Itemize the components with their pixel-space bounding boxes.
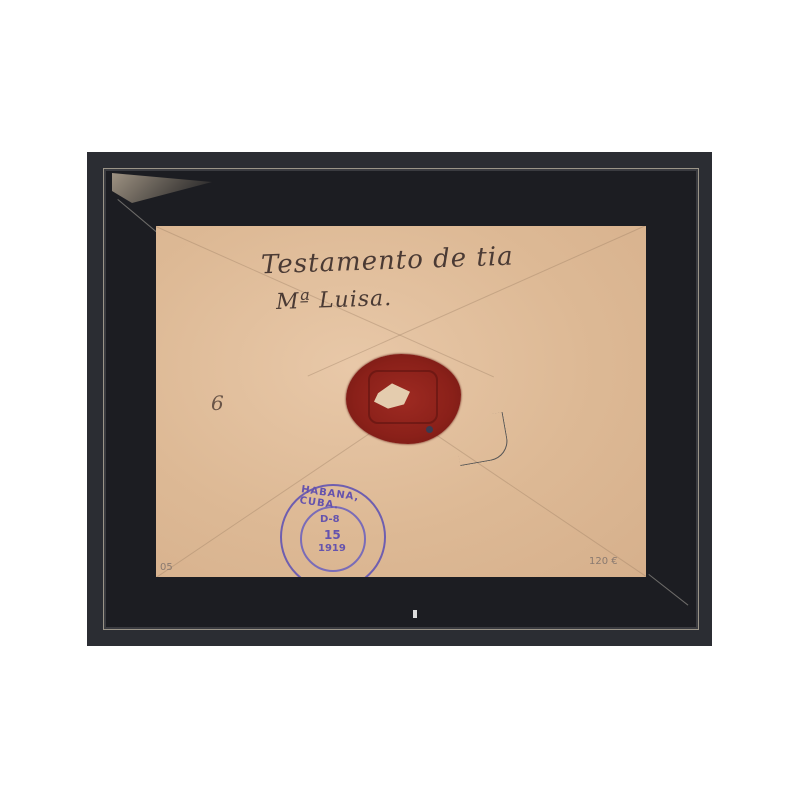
pencil-note-left: 05: [160, 562, 173, 573]
mourning-envelope: Testamento de tia Mª Luisa. 6 HABANA, CU…: [103, 168, 699, 630]
postmark-code: D-8: [320, 514, 340, 525]
pencil-note-price: 120 €: [589, 556, 618, 567]
faint-pencil-mark: 6: [211, 391, 224, 415]
flap-edge-bottom-right: [406, 414, 646, 577]
wax-seal: [346, 354, 461, 444]
postmark-year: 1919: [318, 543, 346, 554]
postmark-day: 15: [324, 528, 341, 542]
border-wear-mark: [413, 610, 417, 618]
envelope-crease: [648, 574, 688, 606]
handwritten-note-line1: Testamento de tia: [261, 242, 515, 281]
wax-seal-dot: [426, 426, 433, 433]
seal-string: [452, 412, 510, 466]
envelope-paper-panel: Testamento de tia Mª Luisa. 6 HABANA, CU…: [156, 226, 646, 577]
postmark-stamp: HABANA, CUBA. D-8 15 1919: [280, 484, 386, 577]
handwritten-note-line2: Mª Luisa.: [276, 286, 393, 315]
